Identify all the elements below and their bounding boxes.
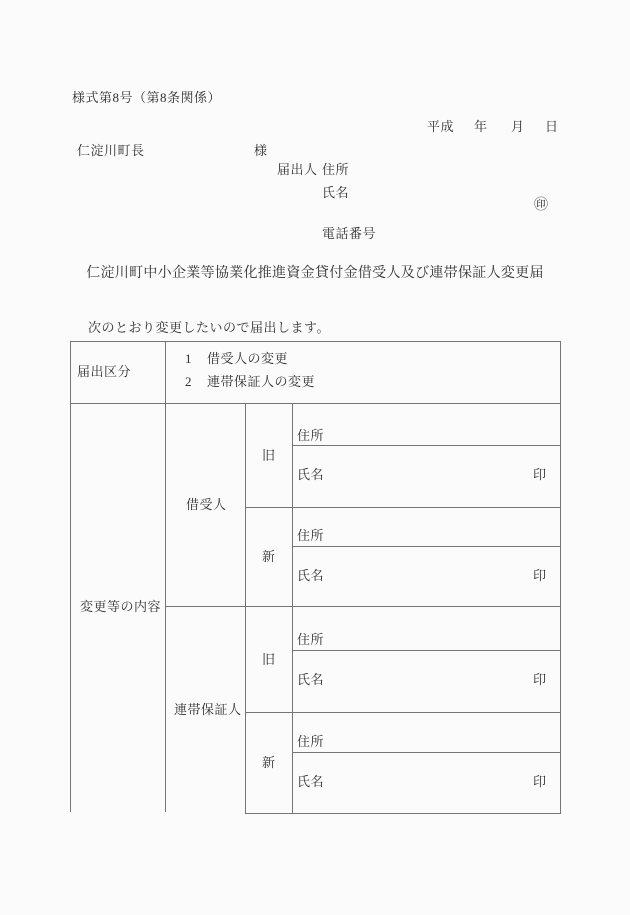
table-divider-person [165,606,561,607]
category-header: 届出区分 [77,365,131,378]
guarantor-old-seal-label: 印 [533,673,547,686]
table-divider-old-new-1 [245,507,561,508]
guarantor-new-name-label: 氏名 [297,775,324,788]
table-divider-addr-name-2 [292,546,561,547]
table-border-left [70,341,71,812]
table-divider-col1 [165,341,166,812]
borrower-old-address-label: 住所 [297,429,324,442]
table-border-right [560,341,561,814]
content-header: 変更等の内容 [80,600,161,613]
category-2-number: 2 [185,375,192,388]
form-page: 様式第8号（第8条関係） 平成 年 月 日 仁淀川町長 様 届出人 住所 氏名 … [0,0,630,915]
borrower-new-name-label: 氏名 [297,569,324,582]
notifier-name-label: 氏名 [322,186,349,199]
form-number: 様式第8号（第8条関係） [72,91,221,104]
borrower-old-seal-label: 印 [533,468,547,481]
table-border-bottom-partial [245,813,561,814]
seal-circle-icon: ㊞ [534,199,548,213]
borrower-old-name-label: 氏名 [297,468,324,481]
category-1-number: 1 [185,352,192,365]
table-divider-addr-name-3 [292,650,561,651]
guarantor-old-name-label: 氏名 [297,673,324,686]
category-1-label: 借受人の変更 [207,352,288,365]
guarantor-new-address-label: 住所 [297,735,324,748]
borrower-old-state: 旧 [262,449,276,462]
table-divider-addr-name-4 [292,752,561,753]
table-divider-col2 [245,403,246,814]
person-borrower: 借受人 [186,498,227,511]
table-divider-addr-name-1 [292,445,561,446]
date-era-label: 平成 [427,120,454,133]
guarantor-new-seal-label: 印 [533,775,547,788]
borrower-new-seal-label: 印 [533,569,547,582]
guarantor-old-address-label: 住所 [297,633,324,646]
notifier-phone-label: 電話番号 [322,227,376,240]
person-guarantor: 連帯保証人 [174,703,242,716]
borrower-new-address-label: 住所 [297,529,324,542]
date-month-label: 月 [511,120,525,133]
table-border-top [70,341,561,342]
borrower-new-state: 新 [262,550,276,563]
date-day-label: 日 [545,120,559,133]
table-divider-old-new-2 [245,712,561,713]
guarantor-old-state: 旧 [262,653,276,666]
notifier-label: 届出人 [277,163,318,176]
guarantor-new-state: 新 [262,756,276,769]
honorific: 様 [254,144,268,157]
category-2-label: 連帯保証人の変更 [207,375,315,388]
notifier-address-label: 住所 [322,163,349,176]
intro-sentence: 次のとおり変更したいので届出します。 [88,321,330,334]
date-year-label: 年 [474,120,488,133]
form-title: 仁淀川町中小企業等協業化推進資金貸付金借受人及び連帯保証人変更届 [0,262,630,282]
addressee: 仁淀川町長 [77,144,145,157]
table-divider-row-category [70,403,561,404]
